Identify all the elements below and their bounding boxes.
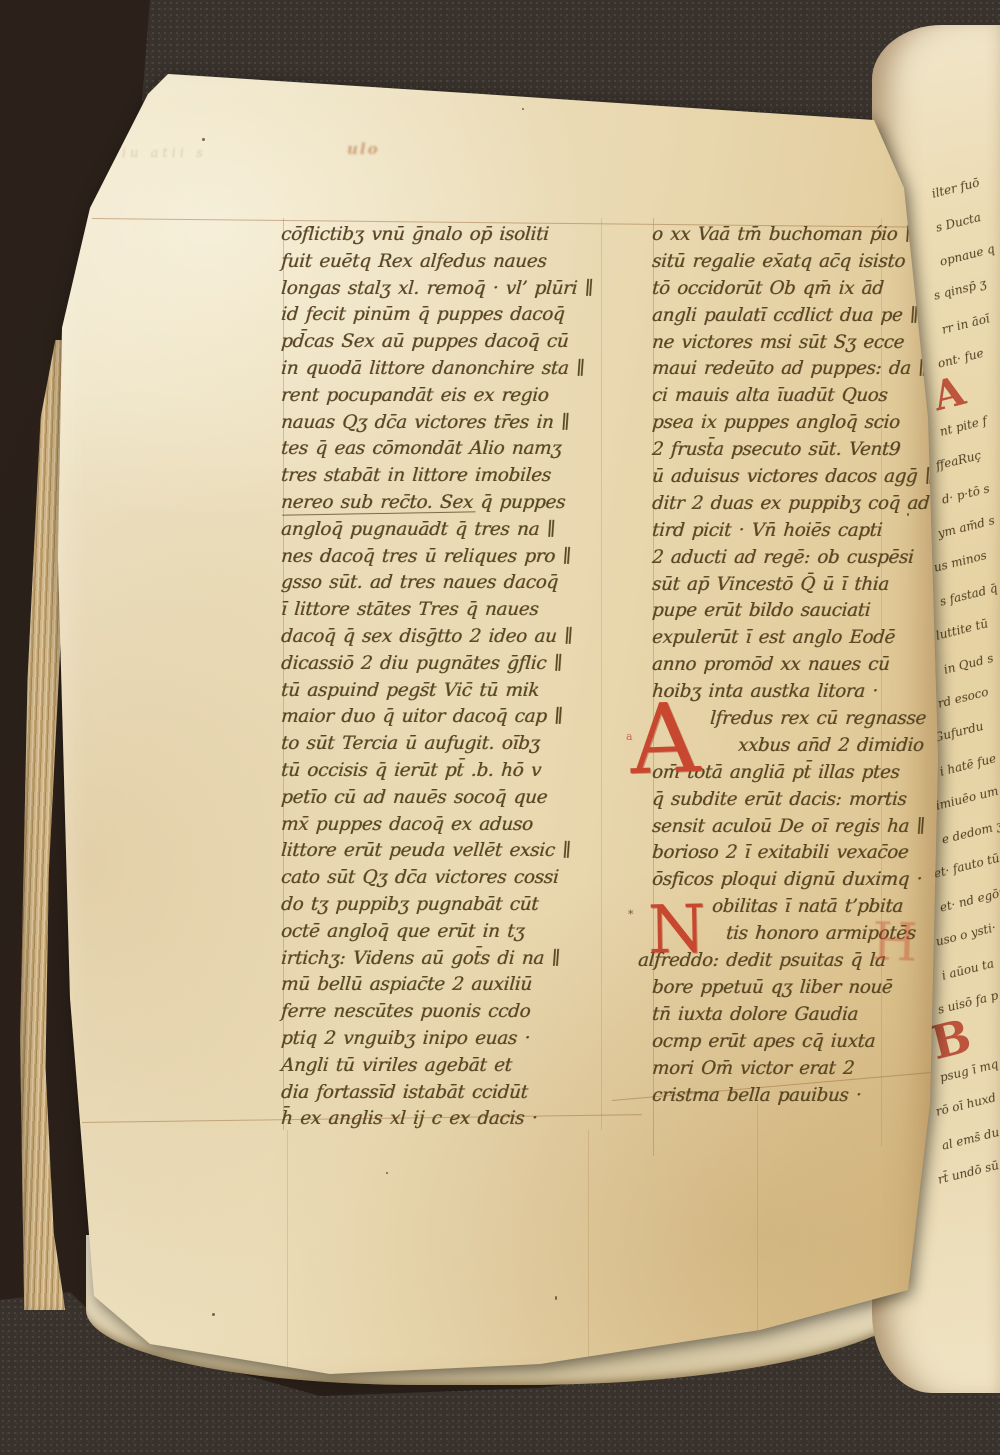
manuscript-line: ditr 2 duas ex puppibʒ coq̄ ad <box>651 491 908 518</box>
speck <box>212 1313 215 1316</box>
manuscript-line: pupe erūt bildo sauciati <box>651 598 908 625</box>
manuscript-line: in quodā littore danonchire sta ∥ <box>280 356 627 383</box>
speck <box>907 513 909 516</box>
crease-middle <box>588 1130 589 1380</box>
manuscript-line: maior duo q̄ uitor dacoq̄ cap ∥ <box>280 704 627 731</box>
manuscript-line: tū occisis q̄ ierūt pt̄ .b. hō v <box>280 758 627 785</box>
speck <box>386 1172 388 1174</box>
red-initial-N: N <box>647 900 706 960</box>
manuscript-line: maui redeūto ad puppes: da ∥ <box>651 356 908 383</box>
manuscript-line: borioso 2 ī exitabili vexac̄oe <box>651 840 908 867</box>
manuscript-line: cato sūt Qʒ dc̄a victores cossi <box>280 865 627 892</box>
manuscript-line: sitū regalie ex̄atq ac̄q isisto ∥ <box>651 249 908 276</box>
manuscript-line: anno promōd xx naues cū <box>651 652 908 679</box>
rust-colored-mark: ulo <box>347 140 380 158</box>
manuscript-line: ci mauis alta īuadūt Quos <box>651 383 908 410</box>
manuscript-line: tird picit · Vn̄ hoiēs capti <box>651 518 908 545</box>
manuscript-line: id fecit pinūm q̄ puppes dacoq̄ <box>280 302 627 329</box>
manuscript-line: octē angloq̄ que erūt in tʒ <box>280 919 627 946</box>
red-initial-A: A <box>629 695 701 784</box>
manuscript-line: littore erūt peuda vellēt exsic ∥ <box>280 838 627 865</box>
manuscript-line: o xx Vaā tm̄ buchoman ṕio ∥ <box>651 222 908 249</box>
manuscript-line: cōflictibʒ vnū ḡnalo op̄ isoliti <box>280 222 627 249</box>
left-text-column: cōflictibʒ vnū ḡnalo op̄ isolitifuit euē… <box>281 222 626 1133</box>
manuscript-line: petīo cū ad nauēs socoq̄ que <box>280 785 627 812</box>
manuscript-line: Angli tū viriles agebāt et <box>280 1053 627 1080</box>
faded-inscription: iu atii s <box>122 146 207 161</box>
manuscript-line: mori Om̄ victor erat 2 <box>651 1056 908 1083</box>
manuscript-line: h̄ ex anglis xl ij c ex dacis · <box>280 1106 627 1133</box>
crease-right <box>757 1103 758 1365</box>
crease-left <box>287 1130 288 1374</box>
manuscript-page: iu atii s ulo cōflictibʒ vnū ḡnalo op̄ i… <box>52 68 940 1393</box>
manuscript-line: expulerūt ī est anglo Eodē <box>651 625 908 652</box>
manuscript-line: ocmp erūt apes cq̄ iuxta <box>651 1029 908 1056</box>
manuscript-line: cristma bella pauibus · <box>651 1083 908 1110</box>
manuscript-line: tō occidorūt Ob qm̄ ix ād <box>651 276 908 303</box>
manuscript-line: xxbus an̄d 2 dimidio <box>737 733 908 760</box>
manuscript-line: tes q̄ eas cōmondāt Alio namʒ <box>280 436 627 463</box>
manuscript-line: bore ppetuū qʒ liber nouē <box>651 975 908 1002</box>
guide-mark-n: * <box>628 908 634 921</box>
manuscript-line: gsso sūt. ad tres naues dacoq̄ <box>280 570 627 597</box>
manuscript-line: sūt ap̄ Vincestō Q̄ ū ī thia <box>651 572 908 599</box>
manuscript-line: ptiq 2 vnguibʒ inipo euas · <box>280 1026 627 1053</box>
manuscript-line: do tʒ puppibʒ pugnabāt cūt <box>280 892 627 919</box>
manuscript-line: lfredus rex cū regnasse <box>709 706 908 733</box>
manuscript-line: rent pocupandāt eis ex regio <box>280 383 627 410</box>
manuscript-line: mx̄ puppes dacoq̄ ex aduso <box>280 812 627 839</box>
manuscript-line: mū bellū aspiac̄te 2 auxiliū <box>280 972 627 999</box>
manuscript-line: ne victores msi sūt Sʒ ecce <box>651 330 908 357</box>
manuscript-line: ī littore stātes Tres q̄ naues <box>280 597 627 624</box>
manuscript-line: dia fortassīd istabāt ccidūt <box>280 1080 627 1107</box>
manuscript-line: nereo sub rec̄to. Sex q̄ puppes <box>280 490 627 517</box>
manuscript-line: to sūt Tercia ū aufugit. oībʒ <box>280 731 627 758</box>
manuscript-line: tn̄ iuxta dolore Gaudia <box>651 1002 908 1029</box>
manuscript-line: sensit aculoū De oī regis ha ∥ <box>651 814 908 841</box>
speck <box>202 138 205 141</box>
speck <box>522 108 524 110</box>
manuscript-line: nauas Qʒ dc̄a victores tr̄es in ∥ <box>280 410 627 437</box>
next-page-text-strip: ilter fuōs Ductaopnaue qs qinsp̄ ʒrr in … <box>932 177 1000 1197</box>
manuscript-line: longas stalʒ xl. remoq̄ · vl’ plūri ∥ <box>280 276 627 303</box>
manuscript-line: angloq̄ pugnauādt q̄ tres na ∥ <box>280 517 627 544</box>
guide-letter-a: a <box>626 730 633 743</box>
manuscript-line: fuit euētq Rex alfedus naues <box>280 249 627 276</box>
manuscript-line: angli paulatī ccdlict dua pe ∥ <box>651 303 908 330</box>
manuscript-line: ferre nescūtes puonis ccdo <box>280 999 627 1026</box>
manuscript-line: psea ix puppes angloq̄ scio <box>651 410 908 437</box>
faded-red-margin-mark: H <box>871 919 918 967</box>
manuscript-line: irtichʒ: Videns aū got̄s di na ∥ <box>280 946 627 973</box>
speck <box>555 1296 557 1300</box>
manuscript-line: nes dacoq̄ tres ū reliques pro ∥ <box>280 544 627 571</box>
manuscript-line: pd̄cas Sex aū puppes dacoq̄ cū <box>280 329 627 356</box>
manuscript-line: tū aspuind pegs̄t Vic̄ tū mik <box>280 678 627 705</box>
manuscript-line: 2 aducti ad regē: ob cuspēsi <box>651 545 908 572</box>
manuscript-line: dicassiō 2 diu pugnātes ḡflic ∥ <box>280 651 627 678</box>
manuscript-line: 2 frust̄a psecuto sūt. Vent9 <box>651 437 908 464</box>
right-text-column: o xx Vaā tm̄ buchoman ṕio ∥sitū regalie … <box>652 222 907 1109</box>
manuscript-photo: ilter fuōs Ductaopnaue qs qinsp̄ ʒrr in … <box>0 0 1000 1455</box>
manuscript-line: dacoq̄ q̄ sex disḡtto 2 ideo au ∥ <box>280 624 627 651</box>
manuscript-line: ū aduisus victores dacos agḡ ∥ <box>651 464 908 491</box>
manuscript-line: tres stabāt in littore imobiles <box>280 463 627 490</box>
